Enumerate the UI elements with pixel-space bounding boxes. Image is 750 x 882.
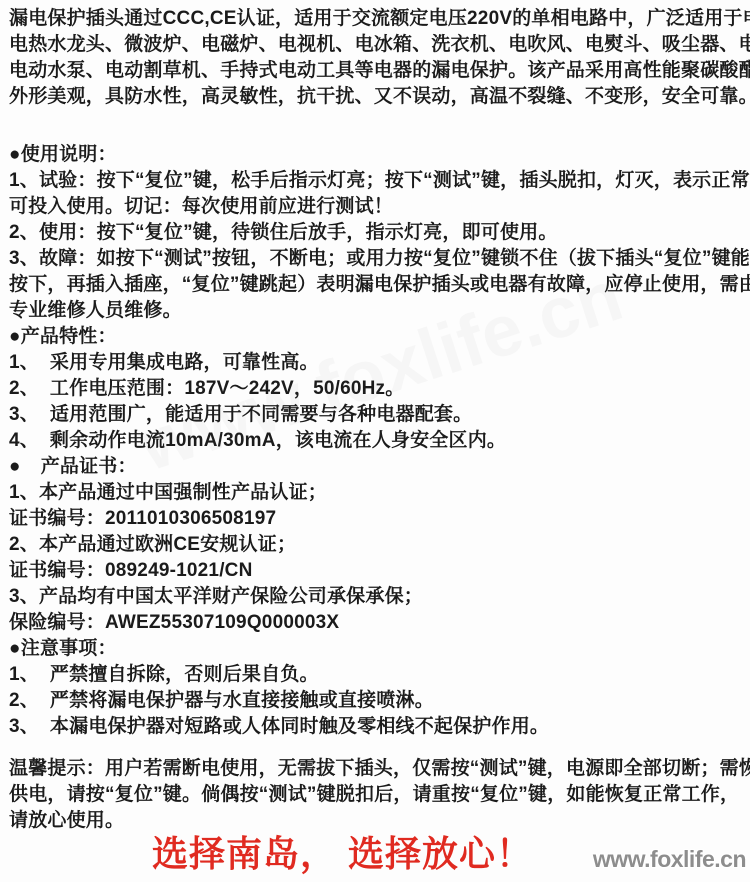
section-line: 3、 适用范围广，能适用于不同需要与各种电器配套。 <box>9 402 742 428</box>
section-heading: ●注意事项： <box>9 636 742 662</box>
intro-line: 电动水泵、电动割草机、手持式电动工具等电器的漏电保护。该产品采用高性能聚碳酸酯材… <box>9 58 742 84</box>
section-heading: ●产品特性： <box>9 324 742 350</box>
intro-line: 电热水龙头、微波炉、电磁炉、电视机、电冰箱、洗衣机、电吹风、电熨斗、吸尘器、电熨… <box>9 32 742 58</box>
section-product-features: ●产品特性： 1、 采用专用集成电路，可靠性高。 2、 工作电压范围：187V～… <box>9 324 742 454</box>
warm-tip-line: 供电，请按“复位”键。倘偶按“测试”键脱扣后，请重按“复位”键，如能恢复正常工作… <box>9 782 742 808</box>
section-line: 2、本产品通过欧洲CE安规认证； <box>9 532 742 558</box>
bullet-icon: ● <box>9 142 21 168</box>
section-line: 3、故障：如按下“测试”按钮，不断电；或用力按“复位”键锁不住（拔下插头“复位”… <box>9 246 742 272</box>
section-line: 按下，再插入插座，“复位”键跳起）表明漏电保护插头或电器有故障，应停止使用，需由 <box>9 272 742 298</box>
section-line: 1、试验：按下“复位”键，松手后指示灯亮；按下“测试”键，插头脱扣，灯灭，表示正… <box>9 168 742 194</box>
section-title: 产品特性： <box>21 326 117 347</box>
footer: 选择南岛， 选择放心！ www.foxlife.cn <box>0 832 750 882</box>
section-line: 1、本产品通过中国强制性产品认证； <box>9 480 742 506</box>
bullet-icon: ● <box>9 636 21 662</box>
section-product-certificates: ●产品证书： 1、本产品通过中国强制性产品认证； 证书编号：2011010306… <box>9 454 742 636</box>
section-line: 专业维修人员维修。 <box>9 298 742 324</box>
bullet-icon: ● <box>9 454 21 480</box>
section-line: 3、 本漏电保护器对短路或人体同时触及零相线不起保护作用。 <box>9 714 742 740</box>
site-watermark: www.foxlife.cn <box>593 846 746 873</box>
warm-tip-line: 请放心使用。 <box>9 808 742 834</box>
insurance-number: 保险编号：AWEZ55307109Q000003X <box>9 610 742 636</box>
bullet-icon: ● <box>9 324 21 350</box>
section-title: 产品证书： <box>41 456 137 477</box>
section-title: 使用说明： <box>21 144 117 165</box>
section-cautions: ●注意事项： 1、 严禁擅自拆除，否则后果自负。 2、 严禁将漏电保护器与水直接… <box>9 636 742 740</box>
warm-tip-paragraph: 温馨提示：用户若需断电使用，无需拔下插头，仅需按“测试”键，电源即全部切断；需恢… <box>9 756 742 834</box>
intro-line: 漏电保护插头通过CCC,CE认证，适用于交流额定电压220V的单相电路中，广泛适… <box>9 6 742 32</box>
section-title: 注意事项： <box>21 638 117 659</box>
section-heading: ●产品证书： <box>9 454 742 480</box>
section-line: 3、产品均有中国太平洋财产保险公司承保承保； <box>9 584 742 610</box>
section-heading: ●使用说明： <box>9 142 742 168</box>
section-line: 2、 工作电压范围：187V～242V，50/60Hz。 <box>9 376 742 402</box>
section-line: 2、 严禁将漏电保护器与水直接接触或直接喷淋。 <box>9 688 742 714</box>
section-line: 4、 剩余动作电流10mA/30mA，该电流在人身安全区内。 <box>9 428 742 454</box>
certificate-number: 证书编号：2011010306508197 <box>9 506 742 532</box>
section-line: 2、使用：按下“复位”键，待锁住后放手，指示灯亮，即可使用。 <box>9 220 742 246</box>
brand-slogan: 选择南岛， 选择放心！ <box>152 832 533 876</box>
section-usage-instructions: ●使用说明： 1、试验：按下“复位”键，松手后指示灯亮；按下“测试”键，插头脱扣… <box>9 142 742 324</box>
intro-paragraph: 漏电保护插头通过CCC,CE认证，适用于交流额定电压220V的单相电路中，广泛适… <box>9 6 742 110</box>
section-line: 1、 采用专用集成电路，可靠性高。 <box>9 350 742 376</box>
intro-line: 外形美观，具防水性，高灵敏性，抗干扰、又不误动，高温不裂缝、不变形，安全可靠。 <box>9 84 742 110</box>
warm-tip-line: 温馨提示：用户若需断电使用，无需拔下插头，仅需按“测试”键，电源即全部切断；需恢… <box>9 756 742 782</box>
section-line: 1、 严禁擅自拆除，否则后果自负。 <box>9 662 742 688</box>
section-line: 可投入使用。切记：每次使用前应进行测试！ <box>9 194 742 220</box>
certificate-number: 证书编号：089249-1021/CN <box>9 558 742 584</box>
product-instruction-page: www.foxlife.cn 漏电保护插头通过CCC,CE认证，适用于交流额定电… <box>0 0 750 882</box>
